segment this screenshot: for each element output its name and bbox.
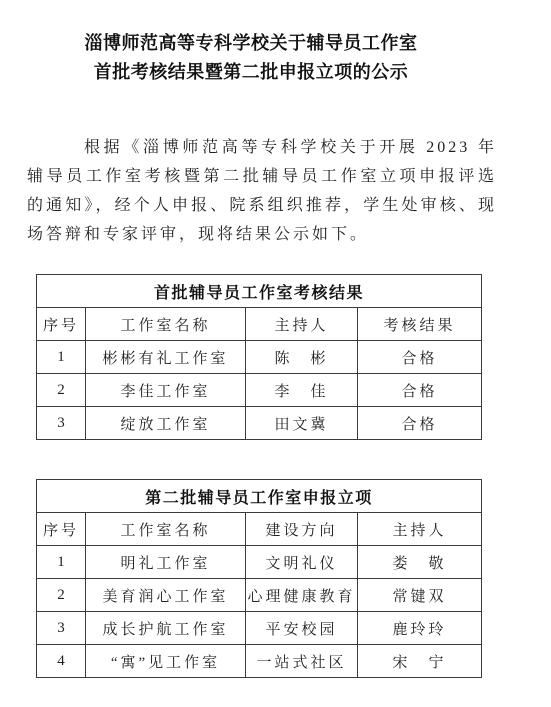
column-header-serial: 序号 (37, 513, 86, 546)
first-batch-assessment-table: 首批辅导员工作室考核结果 序号 工作室名称 主持人 考核结果 1 彬彬有礼工作室… (36, 274, 482, 440)
construction-direction-cell: 文明礼仪 (246, 546, 358, 579)
table-title-row: 首批辅导员工作室考核结果 (37, 275, 482, 308)
table1-title: 首批辅导员工作室考核结果 (37, 275, 482, 308)
table-header-row: 序号 工作室名称 建设方向 主持人 (37, 513, 482, 546)
studio-name-cell: 美育润心工作室 (86, 579, 246, 612)
column-header-studio-name: 工作室名称 (86, 513, 246, 546)
table-row: 2 李佳工作室 李 佳 合格 (37, 374, 482, 407)
studio-name-cell: 明礼工作室 (86, 546, 246, 579)
document-title-line1: 淄博师范高等专科学校关于辅导员工作室 (27, 29, 475, 58)
column-header-studio-name: 工作室名称 (86, 308, 246, 341)
second-batch-application-table: 第二批辅导员工作室申报立项 序号 工作室名称 建设方向 主持人 1 明礼工作室 … (36, 479, 482, 678)
studio-name-cell: 彬彬有礼工作室 (86, 341, 246, 374)
host-name-cell: 常键双 (358, 579, 482, 612)
document-title: 淄博师范高等专科学校关于辅导员工作室 首批考核结果暨第二批申报立项的公示 (27, 0, 503, 87)
table-header-row: 序号 工作室名称 主持人 考核结果 (37, 308, 482, 341)
table-row: 3 绽放工作室 田文冀 合格 (37, 407, 482, 440)
serial-number-cell: 2 (37, 579, 86, 612)
serial-number-cell: 3 (37, 612, 86, 645)
table-row: 1 明礼工作室 文明礼仪 娄 敬 (37, 546, 482, 579)
host-name-cell: 田文冀 (246, 407, 358, 440)
table2-title: 第二批辅导员工作室申报立项 (37, 480, 482, 513)
host-name-cell: 鹿玲玲 (358, 612, 482, 645)
studio-name-cell: 绽放工作室 (86, 407, 246, 440)
column-header-construction-direction: 建设方向 (246, 513, 358, 546)
document-page: 淄博师范高等专科学校关于辅导员工作室 首批考核结果暨第二批申报立项的公示 根据《… (0, 0, 551, 707)
construction-direction-cell: 心理健康教育 (246, 579, 358, 612)
studio-name-cell: 成长护航工作室 (86, 612, 246, 645)
assessment-result-cell: 合格 (358, 341, 482, 374)
host-name-cell: 宋 宁 (358, 645, 482, 678)
intro-paragraph: 根据《淄博师范高等专科学校关于开展 2023 年辅导员工作室考核暨第二批辅导员工… (27, 133, 497, 249)
serial-number-cell: 4 (37, 645, 86, 678)
table-row: 2 美育润心工作室 心理健康教育 常键双 (37, 579, 482, 612)
assessment-result-cell: 合格 (358, 407, 482, 440)
table-row: 4 “寓”见工作室 一站式社区 宋 宁 (37, 645, 482, 678)
host-name-cell: 李 佳 (246, 374, 358, 407)
studio-name-cell: “寓”见工作室 (86, 645, 246, 678)
host-name-cell: 娄 敬 (358, 546, 482, 579)
column-header-host: 主持人 (358, 513, 482, 546)
serial-number-cell: 2 (37, 374, 86, 407)
serial-number-cell: 1 (37, 341, 86, 374)
document-title-line2: 首批考核结果暨第二批申报立项的公示 (27, 58, 475, 87)
construction-direction-cell: 一站式社区 (246, 645, 358, 678)
document-content: 淄博师范高等专科学校关于辅导员工作室 首批考核结果暨第二批申报立项的公示 根据《… (27, 0, 503, 678)
table-row: 1 彬彬有礼工作室 陈 彬 合格 (37, 341, 482, 374)
construction-direction-cell: 平安校园 (246, 612, 358, 645)
assessment-result-cell: 合格 (358, 374, 482, 407)
column-header-host: 主持人 (246, 308, 358, 341)
column-header-serial: 序号 (37, 308, 86, 341)
column-header-assessment-result: 考核结果 (358, 308, 482, 341)
host-name-cell: 陈 彬 (246, 341, 358, 374)
table-title-row: 第二批辅导员工作室申报立项 (37, 480, 482, 513)
serial-number-cell: 1 (37, 546, 86, 579)
serial-number-cell: 3 (37, 407, 86, 440)
table-row: 3 成长护航工作室 平安校园 鹿玲玲 (37, 612, 482, 645)
studio-name-cell: 李佳工作室 (86, 374, 246, 407)
